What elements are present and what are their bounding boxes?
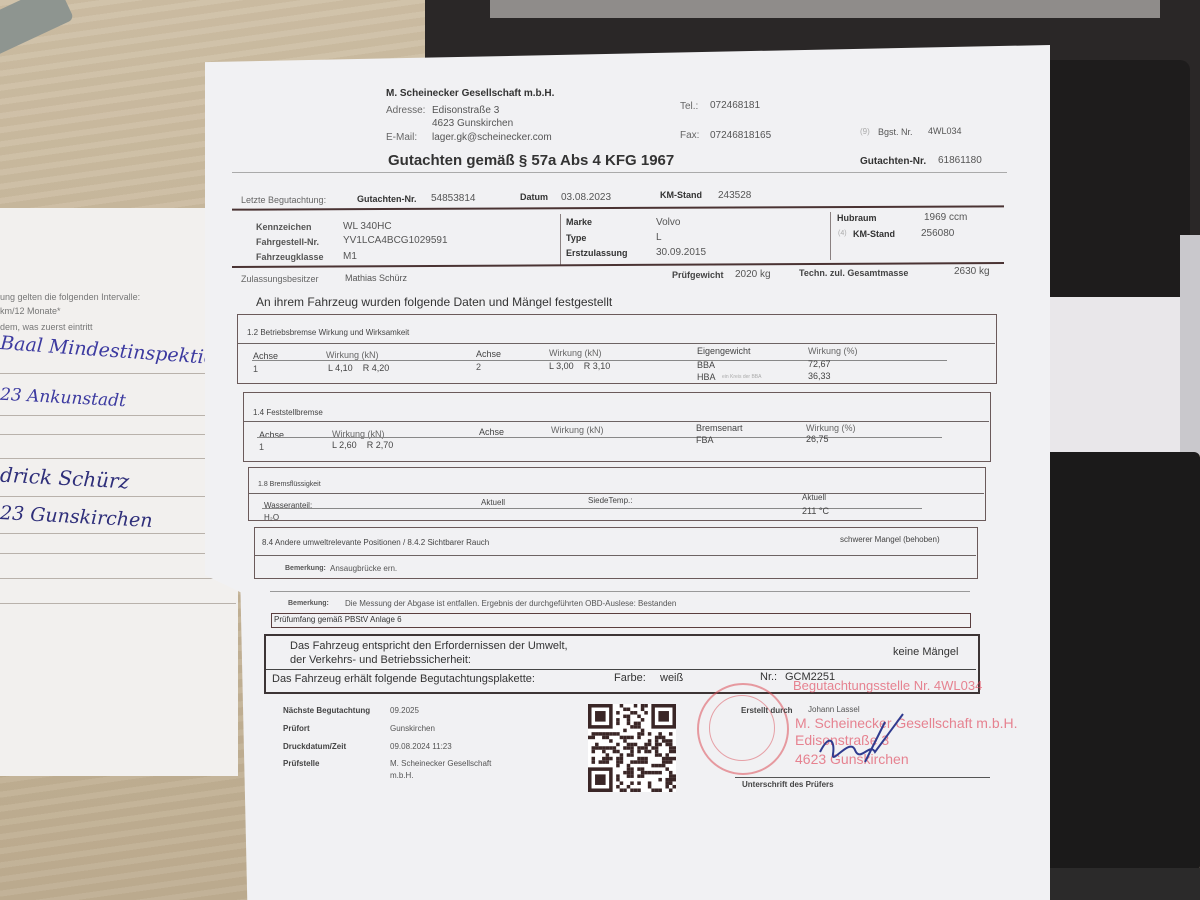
service-booklet: ung gelten die folgenden Intervalle: km/… [0, 208, 238, 776]
tel-label: Tel.: [680, 101, 698, 112]
booklet-print-line: ung gelten die folgenden Intervalle: [0, 292, 140, 302]
bgst-label: Bgst. Nr. [878, 127, 913, 137]
email-value: lager.gk@scheinecker.com [432, 132, 552, 143]
plakette-label: Das Fahrzeug erhält folgende Begutachtun… [272, 673, 535, 685]
pruefort-label: Prüfort [283, 724, 310, 733]
col-header: Achse [259, 430, 284, 440]
conformity-line: Das Fahrzeug entspricht den Erforderniss… [290, 640, 568, 652]
pruefumfang-text: Prüfumfang gemäß PBStV Anlage 6 [274, 615, 402, 624]
col-header: Wirkung (kN) [326, 350, 379, 360]
signature-line [735, 777, 990, 778]
remark-label: Bemerkung: [288, 600, 329, 607]
col-header: Achse [479, 427, 504, 437]
type-value: L [656, 232, 662, 243]
fax-label: Fax: [680, 130, 699, 141]
signature [815, 712, 905, 767]
white-card [1028, 297, 1180, 452]
erstzulassung-value: 30.09.2015 [656, 247, 706, 258]
bba-value: 72,67 [808, 359, 831, 369]
section-betriebsbremse [237, 314, 997, 384]
siedetemp-label: SiedeTemp.: [588, 496, 632, 505]
handwriting: 23 Ankunstadt [0, 385, 126, 412]
pruefort-value: Gunskirchen [390, 724, 435, 733]
divider [255, 555, 976, 556]
axle-values: L 3,00 R 3,10 [549, 361, 610, 371]
fahrzeugklasse-value: M1 [343, 251, 357, 262]
type-label: Type [566, 233, 586, 243]
last-datum-label: Datum [520, 192, 548, 202]
ruled-line [0, 578, 234, 579]
divider [238, 343, 995, 344]
section-bremsfluessigkeit [248, 467, 986, 521]
fahrgestell-value: YV1LCA4BCG1029591 [343, 235, 448, 246]
farbe-value: weiß [660, 672, 683, 684]
ruled-line [0, 496, 228, 497]
km-stand-value: 256080 [921, 228, 954, 239]
email-label: E-Mail: [386, 132, 417, 143]
findings-heading: An ihrem Fahrzeug wurden folgende Daten … [256, 295, 612, 309]
besitzer-label: Zulassungsbesitzer [241, 274, 319, 284]
col-header: Wirkung (kN) [549, 348, 602, 358]
erstzulassung-label: Erstzulassung [566, 248, 628, 258]
hba-note: ein Kreis der BBA [722, 374, 761, 380]
besitzer-value: Mathias Schürz [345, 273, 407, 283]
divider [244, 421, 989, 422]
axle-number: 2 [476, 362, 481, 372]
field-marker: (9) [860, 127, 870, 136]
section-feststellbremse [243, 392, 991, 462]
ruled-line [0, 458, 225, 459]
divider [266, 669, 976, 670]
stamp-line: Begutachtungsstelle Nr. 4WL034 [793, 678, 982, 693]
divider [830, 212, 831, 260]
section-title: 1.4 Feststellbremse [253, 408, 323, 417]
aktuell-label: Aktuell [802, 493, 826, 502]
handwriting: 23 Gunskirchen [0, 502, 153, 532]
col-header: Achse [476, 349, 501, 359]
gesamtmasse-label: Techn. zul. Gesamtmasse [799, 268, 908, 278]
axle-number: 1 [259, 442, 264, 452]
last-km-label: KM-Stand [660, 190, 702, 200]
remark-value: Die Messung der Abgase ist entfallen. Er… [345, 599, 676, 608]
h2o-label: H₂O [264, 513, 279, 522]
divider [257, 437, 942, 438]
marke-label: Marke [566, 217, 592, 227]
ruled-line [0, 603, 236, 604]
ruled-line [0, 553, 232, 554]
last-gutachten-value: 54853814 [431, 193, 476, 204]
folder-pocket-edge [490, 0, 1160, 18]
booklet-print-line: km/12 Monate* [0, 306, 61, 316]
fba-label: FBA [696, 435, 714, 445]
hubraum-label: Hubraum [837, 213, 877, 223]
siedetemp-value: 211 °C [802, 506, 829, 516]
ruled-line [0, 434, 225, 435]
tel-value: 072468181 [710, 100, 760, 111]
kennzeichen-label: Kennzeichen [256, 222, 312, 232]
bgst-value: 4WL034 [928, 126, 962, 136]
fax-value: 07246818165 [710, 130, 771, 141]
pruefstelle-label: Prüfstelle [283, 759, 319, 768]
document-title: Gutachten gemäß § 57a Abs 4 KFG 1967 [388, 152, 674, 169]
address-label: Adresse: [386, 105, 425, 116]
seal-inner-ring [709, 695, 775, 761]
section-title: 1.2 Betriebsbremse Wirkung und Wirksamke… [247, 328, 409, 337]
col-header: Wirkung (%) [808, 346, 858, 356]
handwriting: Baal Mindestinspektion [0, 332, 228, 370]
bba-label: BBA [697, 360, 715, 370]
gesamtmasse-value: 2630 kg [954, 266, 990, 277]
booklet-print-line: dem, was zuerst eintritt [0, 322, 93, 332]
handwriting: drick Schürz [0, 463, 130, 494]
fahrgestell-label: Fahrgestell-Nr. [256, 237, 319, 247]
pruefgewicht-label: Prüfgewicht [672, 270, 724, 280]
company-name: M. Scheinecker Gesellschaft m.b.H. [386, 88, 554, 99]
axle-values: L 2,60 R 2,70 [332, 440, 393, 450]
background-object [1180, 235, 1200, 455]
last-km-value: 243528 [718, 190, 751, 201]
unterschrift-label: Unterschrift des Prüfers [742, 780, 834, 789]
address-line: Edisonstraße 3 [432, 105, 499, 116]
naechste-value: 09.2025 [390, 706, 419, 715]
conformity-line: der Verkehrs- und Betriebssicherheit: [290, 654, 471, 666]
remark-label: Bemerkung: [285, 565, 326, 572]
last-gutachten-label: Gutachten-Nr. [357, 194, 417, 204]
field-marker: (4) [838, 230, 847, 237]
col-header: Wirkung (%) [806, 423, 856, 433]
erstellt-label: Erstellt durch [741, 706, 793, 715]
pruefstelle-value: M. Scheinecker Gesellschaft [390, 759, 491, 768]
pruefstelle-value: m.b.H. [390, 771, 414, 780]
ruled-line [0, 533, 230, 534]
qr-code [588, 704, 676, 792]
axle-number: 1 [253, 364, 258, 374]
section-title: 1.8 Bremsflüssigkeit [258, 481, 321, 488]
fahrzeugklasse-label: Fahrzeugklasse [256, 252, 324, 262]
section-title: 8.4 Andere umweltrelevante Positionen / … [262, 538, 489, 547]
hubraum-value: 1969 ccm [924, 212, 967, 223]
col-header: Wirkung (kN) [551, 425, 604, 435]
km-stand-label: KM-Stand [853, 229, 895, 239]
farbe-label: Farbe: [614, 672, 646, 684]
conformity-result: keine Mängel [893, 646, 958, 658]
col-header: Bremsenart [696, 423, 743, 433]
gutachten-nr-value: 61861180 [938, 155, 982, 166]
divider [270, 591, 970, 592]
severity-badge: schwerer Mangel (behoben) [840, 535, 940, 544]
druck-label: Druckdatum/Zeit [283, 742, 346, 751]
divider [232, 172, 1007, 173]
col-header: Eigengewicht [697, 346, 751, 356]
official-seal [697, 683, 789, 775]
qr-code-pattern [588, 704, 676, 792]
aktuell-label: Aktuell [481, 498, 505, 507]
divider [249, 493, 984, 494]
address-line: 4623 Gunskirchen [432, 118, 513, 129]
marke-value: Volvo [656, 217, 680, 228]
druck-value: 09.08.2024 11:23 [390, 742, 452, 751]
fba-value: 26,75 [806, 434, 829, 444]
gutachten-nr-label: Gutachten-Nr. [860, 156, 926, 167]
kennzeichen-value: WL 340HC [343, 221, 392, 232]
pruefgewicht-value: 2020 kg [735, 269, 771, 280]
nr-label: Nr.: [760, 671, 777, 683]
axle-values: L 4,10 R 4,20 [328, 363, 389, 373]
remark-value: Ansaugbrücke ern. [330, 564, 397, 573]
divider [560, 214, 561, 266]
ruled-line [0, 415, 225, 416]
hba-value: 36,33 [808, 371, 831, 381]
hba-label: HBA [697, 372, 716, 382]
last-datum-value: 03.08.2023 [561, 192, 611, 203]
ruled-line [0, 373, 225, 374]
last-inspection-label: Letzte Begutachtung: [241, 195, 326, 205]
naechste-label: Nächste Begutachtung [283, 706, 370, 715]
